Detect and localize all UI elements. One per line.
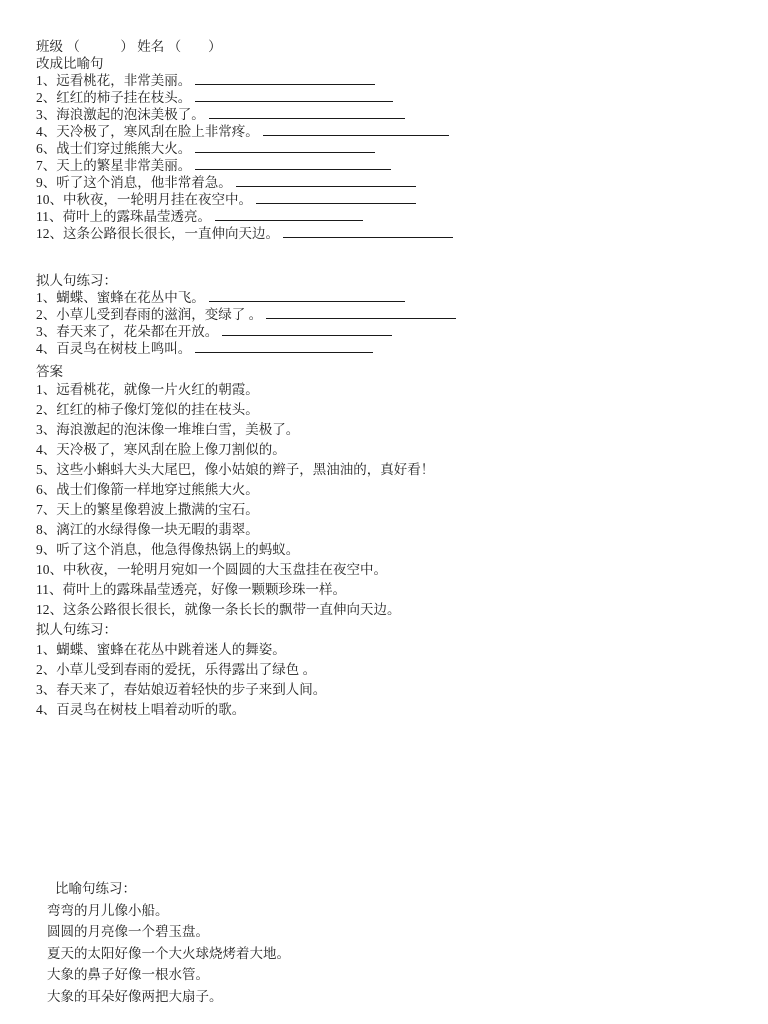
personification-question-line: 2、小草儿受到春雨的滋润，变绿了 。 xyxy=(36,306,738,323)
question-text: 10、中秋夜，一轮明月挂在夜空中。 xyxy=(36,192,252,207)
practice-sentence-line: 夏天的太阳好像一个大火球烧烤着大地。 xyxy=(47,943,738,965)
sentence-text: 圆圆的月亮像一个碧玉盘。 xyxy=(47,924,209,939)
metaphor-question-line: 2、红红的柿子挂在枝头。 xyxy=(36,89,738,106)
answer-blank-line xyxy=(195,89,393,102)
worksheet-page: 班级 （ ） 姓名 （ ） 改成比喻句 1、远看桃花，非常美丽。 2、红红的柿子… xyxy=(0,0,768,1024)
metaphor-question-line: 4、天冷极了，寒风刮在脸上非常疼。 xyxy=(36,123,738,140)
question-text: 2、小草儿受到春雨的滋润，变绿了 。 xyxy=(36,307,262,322)
question-text: 12、这条公路很长很长，一直伸向天边。 xyxy=(36,226,279,241)
answer-text: 3、春天来了，春姑娘迈着轻快的步子来到人间。 xyxy=(36,682,326,697)
metaphor-answer-list: 1、远看桃花，就像一片火红的朝霞。 2、红红的柿子像灯笼似的挂在枝头。 3、海浪… xyxy=(36,380,738,620)
practice-sentence-line: 大象的耳朵好像两把大扇子。 xyxy=(47,986,738,1008)
metaphor-answer-line: 10、中秋夜，一轮明月宛如一个圆圆的大玉盘挂在夜空中。 xyxy=(36,560,738,580)
metaphor-question-line: 6、战士们穿过熊熊大火。 xyxy=(36,140,738,157)
answer-blank-line xyxy=(195,340,373,353)
metaphor-answer-line: 12、这条公路很长很长，就像一条长长的飘带一直伸向天边。 xyxy=(36,600,738,620)
question-text: 9、听了这个消息，他非常着急。 xyxy=(36,175,232,190)
question-text: 3、春天来了，花朵都在开放。 xyxy=(36,324,218,339)
personification-answers-title: 拟人句练习： xyxy=(36,620,738,640)
personification-answer-line: 3、春天来了，春姑娘迈着轻快的步子来到人间。 xyxy=(36,680,738,700)
personification-answer-line: 4、百灵鸟在树枝上唱着动听的歌。 xyxy=(36,700,738,720)
sentence-text: 夏天的太阳好像一个大火球烧烤着大地。 xyxy=(47,946,290,961)
answer-text: 1、蝴蝶、蜜蜂在花丛中跳着迷人的舞姿。 xyxy=(36,642,286,657)
answer-text: 4、百灵鸟在树枝上唱着动听的歌。 xyxy=(36,702,245,717)
answer-blank-line xyxy=(209,289,405,302)
question-text: 1、远看桃花，非常美丽。 xyxy=(36,73,191,88)
answer-blank-line xyxy=(266,306,456,319)
metaphor-answer-line: 5、这些小蝌蚪大头大尾巴，像小姑娘的辫子，黑油油的，真好看！ xyxy=(36,460,738,480)
question-text: 4、百灵鸟在树枝上鸣叫。 xyxy=(36,341,191,356)
personification-question-line: 4、百灵鸟在树枝上鸣叫。 xyxy=(36,340,738,357)
practice-section-title: 比喻句练习： xyxy=(47,878,738,900)
question-text: 7、天上的繁星非常美丽。 xyxy=(36,158,191,173)
personification-answer-line: 2、小草儿受到春雨的爱抚，乐得露出了绿色 。 xyxy=(36,660,738,680)
answer-blank-line xyxy=(283,225,453,238)
practice-sentence-line: 弯弯的月儿像小船。 xyxy=(47,900,738,922)
metaphor-answer-line: 1、远看桃花，就像一片火红的朝霞。 xyxy=(36,380,738,400)
answer-blank-line xyxy=(195,72,375,85)
answer-blank-line xyxy=(236,174,416,187)
question-text: 11、荷叶上的露珠晶莹透亮。 xyxy=(36,209,211,224)
metaphor-question-line: 12、这条公路很长很长，一直伸向天边。 xyxy=(36,225,738,242)
metaphor-answer-line: 11、荷叶上的露珠晶莹透亮，好像一颗颗珍珠一样。 xyxy=(36,580,738,600)
metaphor-section-title: 改成比喻句 xyxy=(36,55,738,72)
question-text: 3、海浪激起的泡沫美极了。 xyxy=(36,107,205,122)
sentence-text: 大象的鼻子好像一根水管。 xyxy=(47,967,209,982)
metaphor-question-line: 1、远看桃花，非常美丽。 xyxy=(36,72,738,89)
personification-question-list: 1、蝴蝶、蜜蜂在花丛中飞。 2、小草儿受到春雨的滋润，变绿了 。 3、春天来了，… xyxy=(36,289,738,357)
sentence-text: 弯弯的月儿像小船。 xyxy=(47,903,169,918)
metaphor-answer-line: 6、战士们像箭一样地穿过熊熊大火。 xyxy=(36,480,738,500)
answer-text: 10、中秋夜，一轮明月宛如一个圆圆的大玉盘挂在夜空中。 xyxy=(36,562,387,577)
practice-sentence-line: 大象的鼻子好像一根水管。 xyxy=(47,964,738,986)
question-text: 6、战士们穿过熊熊大火。 xyxy=(36,141,191,156)
practice-sentence-list: 弯弯的月儿像小船。 圆圆的月亮像一个碧玉盘。 夏天的太阳好像一个大火球烧烤着大地… xyxy=(47,900,738,1008)
answer-blank-line xyxy=(256,191,416,204)
answer-blank-line xyxy=(215,208,363,221)
answer-text: 5、这些小蝌蚪大头大尾巴，像小姑娘的辫子，黑油油的，真好看！ xyxy=(36,462,434,477)
personification-section-title: 拟人句练习： xyxy=(36,272,738,289)
answer-text: 2、小草儿受到春雨的爱抚，乐得露出了绿色 。 xyxy=(36,662,316,677)
personification-answer-line: 1、蝴蝶、蜜蜂在花丛中跳着迷人的舞姿。 xyxy=(36,640,738,660)
metaphor-question-line: 10、中秋夜，一轮明月挂在夜空中。 xyxy=(36,191,738,208)
answer-blank-line xyxy=(222,323,392,336)
metaphor-question-line: 9、听了这个消息，他非常着急。 xyxy=(36,174,738,191)
metaphor-answer-line: 8、漓江的水绿得像一块无暇的翡翠。 xyxy=(36,520,738,540)
answer-blank-line xyxy=(263,123,449,136)
personification-question-line: 3、春天来了，花朵都在开放。 xyxy=(36,323,738,340)
sentence-text: 大象的耳朵好像两把大扇子。 xyxy=(47,989,223,1004)
answer-blank-line xyxy=(209,106,405,119)
metaphor-question-line: 3、海浪激起的泡沫美极了。 xyxy=(36,106,738,123)
metaphor-question-line: 11、荷叶上的露珠晶莹透亮。 xyxy=(36,208,738,225)
answer-text: 1、远看桃花，就像一片火红的朝霞。 xyxy=(36,382,259,397)
answer-text: 7、天上的繁星像碧波上撒满的宝石。 xyxy=(36,502,259,517)
answer-text: 6、战士们像箭一样地穿过熊熊大火。 xyxy=(36,482,259,497)
class-name-header: 班级 （ ） 姓名 （ ） xyxy=(36,38,738,55)
answer-text: 9、听了这个消息，他急得像热锅上的蚂蚁。 xyxy=(36,542,299,557)
answer-text: 2、红红的柿子像灯笼似的挂在枝头。 xyxy=(36,402,259,417)
metaphor-answer-line: 7、天上的繁星像碧波上撒满的宝石。 xyxy=(36,500,738,520)
answers-section-title: 答案 xyxy=(36,363,738,380)
answer-text: 3、海浪激起的泡沫像一堆堆白雪，美极了。 xyxy=(36,422,299,437)
practice-sentence-line: 圆圆的月亮像一个碧玉盘。 xyxy=(47,921,738,943)
metaphor-answer-line: 3、海浪激起的泡沫像一堆堆白雪，美极了。 xyxy=(36,420,738,440)
question-text: 1、蝴蝶、蜜蜂在花丛中飞。 xyxy=(36,290,205,305)
metaphor-question-list: 1、远看桃花，非常美丽。 2、红红的柿子挂在枝头。 3、海浪激起的泡沫美极了。 … xyxy=(36,72,738,242)
practice-block: 比喻句练习： 弯弯的月儿像小船。 圆圆的月亮像一个碧玉盘。 夏天的太阳好像一个大… xyxy=(47,878,738,1007)
metaphor-answer-line: 2、红红的柿子像灯笼似的挂在枝头。 xyxy=(36,400,738,420)
metaphor-answer-line: 9、听了这个消息，他急得像热锅上的蚂蚁。 xyxy=(36,540,738,560)
answer-text: 12、这条公路很长很长，就像一条长长的飘带一直伸向天边。 xyxy=(36,602,401,617)
answer-text: 11、荷叶上的露珠晶莹透亮，好像一颗颗珍珠一样。 xyxy=(36,582,346,597)
metaphor-question-line: 7、天上的繁星非常美丽。 xyxy=(36,157,738,174)
answer-text: 4、天冷极了，寒风刮在脸上像刀割似的。 xyxy=(36,442,286,457)
question-text: 4、天冷极了，寒风刮在脸上非常疼。 xyxy=(36,124,259,139)
personification-answer-list: 1、蝴蝶、蜜蜂在花丛中跳着迷人的舞姿。 2、小草儿受到春雨的爱抚，乐得露出了绿色… xyxy=(36,640,738,720)
question-text: 2、红红的柿子挂在枝头。 xyxy=(36,90,191,105)
personification-question-line: 1、蝴蝶、蜜蜂在花丛中飞。 xyxy=(36,289,738,306)
answer-blank-line xyxy=(195,140,375,153)
answer-blank-line xyxy=(195,157,391,170)
metaphor-answer-line: 4、天冷极了，寒风刮在脸上像刀割似的。 xyxy=(36,440,738,460)
answer-text: 8、漓江的水绿得像一块无暇的翡翠。 xyxy=(36,522,259,537)
